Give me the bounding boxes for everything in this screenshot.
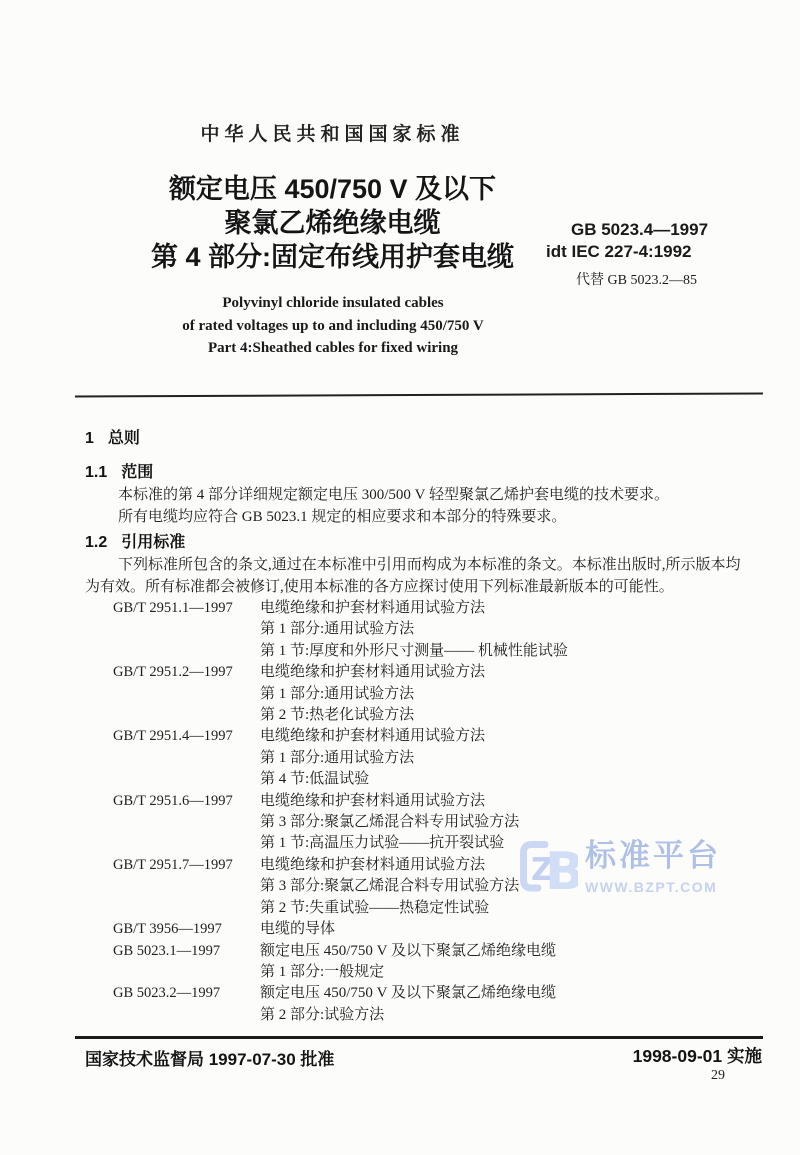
reference-title-line: 第 3 部分:聚氯乙烯混合料专用试验方法 xyxy=(260,876,765,897)
reference-title-line: 额定电压 450/750 V 及以下聚氯乙烯绝缘电缆 xyxy=(260,941,765,962)
reference-title-line: 电缆的导体 xyxy=(260,919,765,940)
reference-code: GB/T 2951.6—1997 xyxy=(113,791,260,812)
reference-titles: 电缆绝缘和护套材料通用试验方法 第 3 部分:聚氯乙烯混合料专用试验方法 第 1… xyxy=(260,791,765,855)
reference-code: GB/T 2951.7—1997 xyxy=(113,855,260,876)
reference-title-line: 第 1 节:高温压力试验——抗开裂试验 xyxy=(260,833,765,854)
standard-code: GB 5023.4—1997 xyxy=(571,219,708,241)
reference-title-line: 电缆绝缘和护套材料通用试验方法 xyxy=(260,726,765,747)
reference-code: GB/T 3956—1997 xyxy=(113,919,260,940)
footer-divider-line xyxy=(75,1036,763,1039)
title-en-line-3: Part 4:Sheathed cables for fixed wiring xyxy=(58,337,608,360)
title-en-line-1: Polyvinyl chloride insulated cables xyxy=(58,292,608,315)
title-line-1: 额定电压 450/750 V 及以下 xyxy=(60,172,605,206)
reference-titles: 电缆绝缘和护套材料通用试验方法 第 1 部分:通用试验方法 第 1 节:厚度和外… xyxy=(260,598,765,662)
effective-date: 1998-09-01 实施 xyxy=(633,1043,762,1068)
section-1-1-number: 1.1 xyxy=(85,464,107,481)
title-line-3: 第 4 部分:固定布线用护套电缆 xyxy=(60,240,605,274)
reference-title-line: 电缆绝缘和护套材料通用试验方法 xyxy=(260,662,765,683)
reference-list: GB/T 2951.1—1997 电缆绝缘和护套材料通用试验方法 第 1 部分:… xyxy=(113,598,765,1026)
reference-title-line: 电缆绝缘和护套材料通用试验方法 xyxy=(260,791,765,812)
section-1-2-heading: 1.2引用标准 xyxy=(85,532,765,554)
title-en-line-2: of rated voltages up to and including 45… xyxy=(58,315,608,338)
reference-titles: 电缆绝缘和护套材料通用试验方法 第 3 部分:聚氯乙烯混合料专用试验方法 第 2… xyxy=(260,855,765,919)
standard-designation: GB 5023.4—1997 idt IEC 227-4:1992 代替 GB … xyxy=(546,219,708,292)
reference-item: GB/T 3956—1997 电缆的导体 xyxy=(113,919,765,940)
document-title-en: Polyvinyl chloride insulated cables of r… xyxy=(58,292,608,360)
reference-titles: 电缆的导体 xyxy=(260,919,765,940)
reference-code: GB/T 2951.2—1997 xyxy=(113,662,260,683)
reference-title-line: 第 1 节:厚度和外形尺寸测量—— 机械性能试验 xyxy=(260,641,765,662)
section-1-title: 总则 xyxy=(108,430,140,447)
reference-item: GB 5023.2—1997 额定电压 450/750 V 及以下聚氯乙烯绝缘电… xyxy=(113,983,765,1026)
reference-item: GB 5023.1—1997 额定电压 450/750 V 及以下聚氯乙烯绝缘电… xyxy=(113,941,765,984)
approval-statement: 国家技术监督局 1997-07-30 批准 xyxy=(85,1045,334,1070)
reference-titles: 额定电压 450/750 V 及以下聚氯乙烯绝缘电缆 第 1 部分:一般规定 xyxy=(260,941,765,984)
section-1-2-number: 1.2 xyxy=(85,534,107,551)
reference-title-line: 第 2 部分:试验方法 xyxy=(260,1005,765,1026)
reference-item: GB/T 2951.1—1997 电缆绝缘和护套材料通用试验方法 第 1 部分:… xyxy=(113,598,765,662)
reference-title-line: 第 1 部分:一般规定 xyxy=(260,962,765,983)
section-1-number: 1 xyxy=(85,430,94,447)
references-intro-line-1: 下列标准所包含的条文,通过在本标准中引用而构成为本标准的条文。本标准出版时,所示… xyxy=(85,554,765,576)
reference-title-line: 第 4 节:低温试验 xyxy=(260,769,765,790)
scope-paragraph-2: 所有电缆均应符合 GB 5023.1 规定的相应要求和本部分的特殊要求。 xyxy=(85,506,765,528)
references-intro-line-2: 为有效。所有标准都会被修订,使用本标准的各方应探讨使用下列标准最新版本的可能性。 xyxy=(85,576,765,598)
reference-item: GB/T 2951.4—1997 电缆绝缘和护套材料通用试验方法 第 1 部分:… xyxy=(113,726,765,790)
document-body: 1总则 1.1范围 本标准的第 4 部分详细规定额定电压 300/500 V 轻… xyxy=(85,428,765,1026)
section-1-1-heading: 1.1范围 xyxy=(85,462,765,484)
reference-code: GB/T 2951.1—1997 xyxy=(113,598,260,619)
idt-reference: idt IEC 227-4:1992 xyxy=(546,241,708,263)
reference-item: GB/T 2951.2—1997 电缆绝缘和护套材料通用试验方法 第 1 部分:… xyxy=(113,662,765,726)
page-number: 29 xyxy=(711,1068,725,1084)
reference-code: GB/T 2951.4—1997 xyxy=(113,726,260,747)
section-1-2-title: 引用标准 xyxy=(121,534,185,551)
section-1-heading: 1总则 xyxy=(85,428,765,450)
reference-titles: 额定电压 450/750 V 及以下聚氯乙烯绝缘电缆 第 2 部分:试验方法 xyxy=(260,983,765,1026)
reference-item: GB/T 2951.6—1997 电缆绝缘和护套材料通用试验方法 第 3 部分:… xyxy=(113,791,765,855)
reference-title-line: 电缆绝缘和护套材料通用试验方法 xyxy=(260,598,765,619)
section-1-1-title: 范围 xyxy=(121,464,153,481)
reference-title-line: 第 2 节:热老化试验方法 xyxy=(260,705,765,726)
reference-item: GB/T 2951.7—1997 电缆绝缘和护套材料通用试验方法 第 3 部分:… xyxy=(113,855,765,919)
reference-title-line: 第 1 部分:通用试验方法 xyxy=(260,684,765,705)
national-standard-label: 中华人民共和国国家标准 xyxy=(60,119,605,146)
reference-titles: 电缆绝缘和护套材料通用试验方法 第 1 部分:通用试验方法 第 4 节:低温试验 xyxy=(260,726,765,790)
document-page: 中华人民共和国国家标准 额定电压 450/750 V 及以下 聚氯乙烯绝缘电缆 … xyxy=(0,0,800,1155)
reference-title-line: 电缆绝缘和护套材料通用试验方法 xyxy=(260,855,765,876)
title-line-2: 聚氯乙烯绝缘电缆 xyxy=(60,206,605,240)
reference-title-line: 额定电压 450/750 V 及以下聚氯乙烯绝缘电缆 xyxy=(260,983,765,1004)
scope-paragraph-1: 本标准的第 4 部分详细规定额定电压 300/500 V 轻型聚氯乙烯护套电缆的… xyxy=(85,484,765,506)
reference-code: GB 5023.1—1997 xyxy=(113,941,260,962)
reference-titles: 电缆绝缘和护套材料通用试验方法 第 1 部分:通用试验方法 第 2 节:热老化试… xyxy=(260,662,765,726)
reference-title-line: 第 2 节:失重试验——热稳定性试验 xyxy=(260,898,765,919)
header-divider-line xyxy=(75,392,763,397)
reference-title-line: 第 3 部分:聚氯乙烯混合料专用试验方法 xyxy=(260,812,765,833)
reference-code: GB 5023.2—1997 xyxy=(113,983,260,1004)
reference-title-line: 第 1 部分:通用试验方法 xyxy=(260,619,765,640)
document-title-cn: 额定电压 450/750 V 及以下 聚氯乙烯绝缘电缆 第 4 部分:固定布线用… xyxy=(60,172,605,274)
reference-title-line: 第 1 部分:通用试验方法 xyxy=(260,748,765,769)
replaces-note: 代替 GB 5023.2—85 xyxy=(576,270,708,292)
